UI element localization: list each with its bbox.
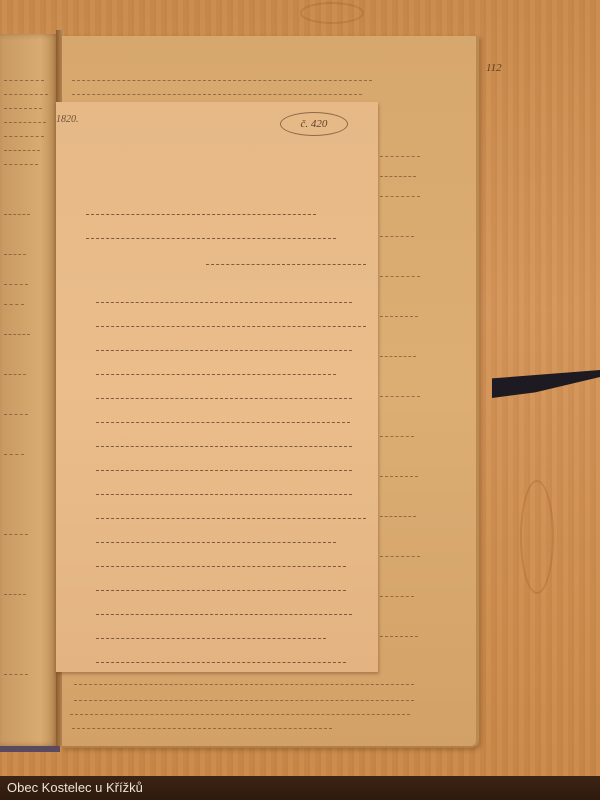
folio-fragment: 1820. [56,114,79,125]
page-number: 112 [486,62,502,74]
book-binding [0,746,60,752]
bookmark-ribbon [492,370,600,398]
wood-knot [520,480,554,594]
left-page [0,34,58,746]
document-photo: 112 1820. č. 420 [0,0,600,776]
wood-knot [300,2,364,24]
caption-bar: Obec Kostelec u Křížků [0,776,600,800]
inserted-letter-sheet: 1820. č. 420 [56,102,378,672]
source-caption: Obec Kostelec u Křížků [7,780,143,795]
reference-mark: č. 420 [280,112,348,136]
